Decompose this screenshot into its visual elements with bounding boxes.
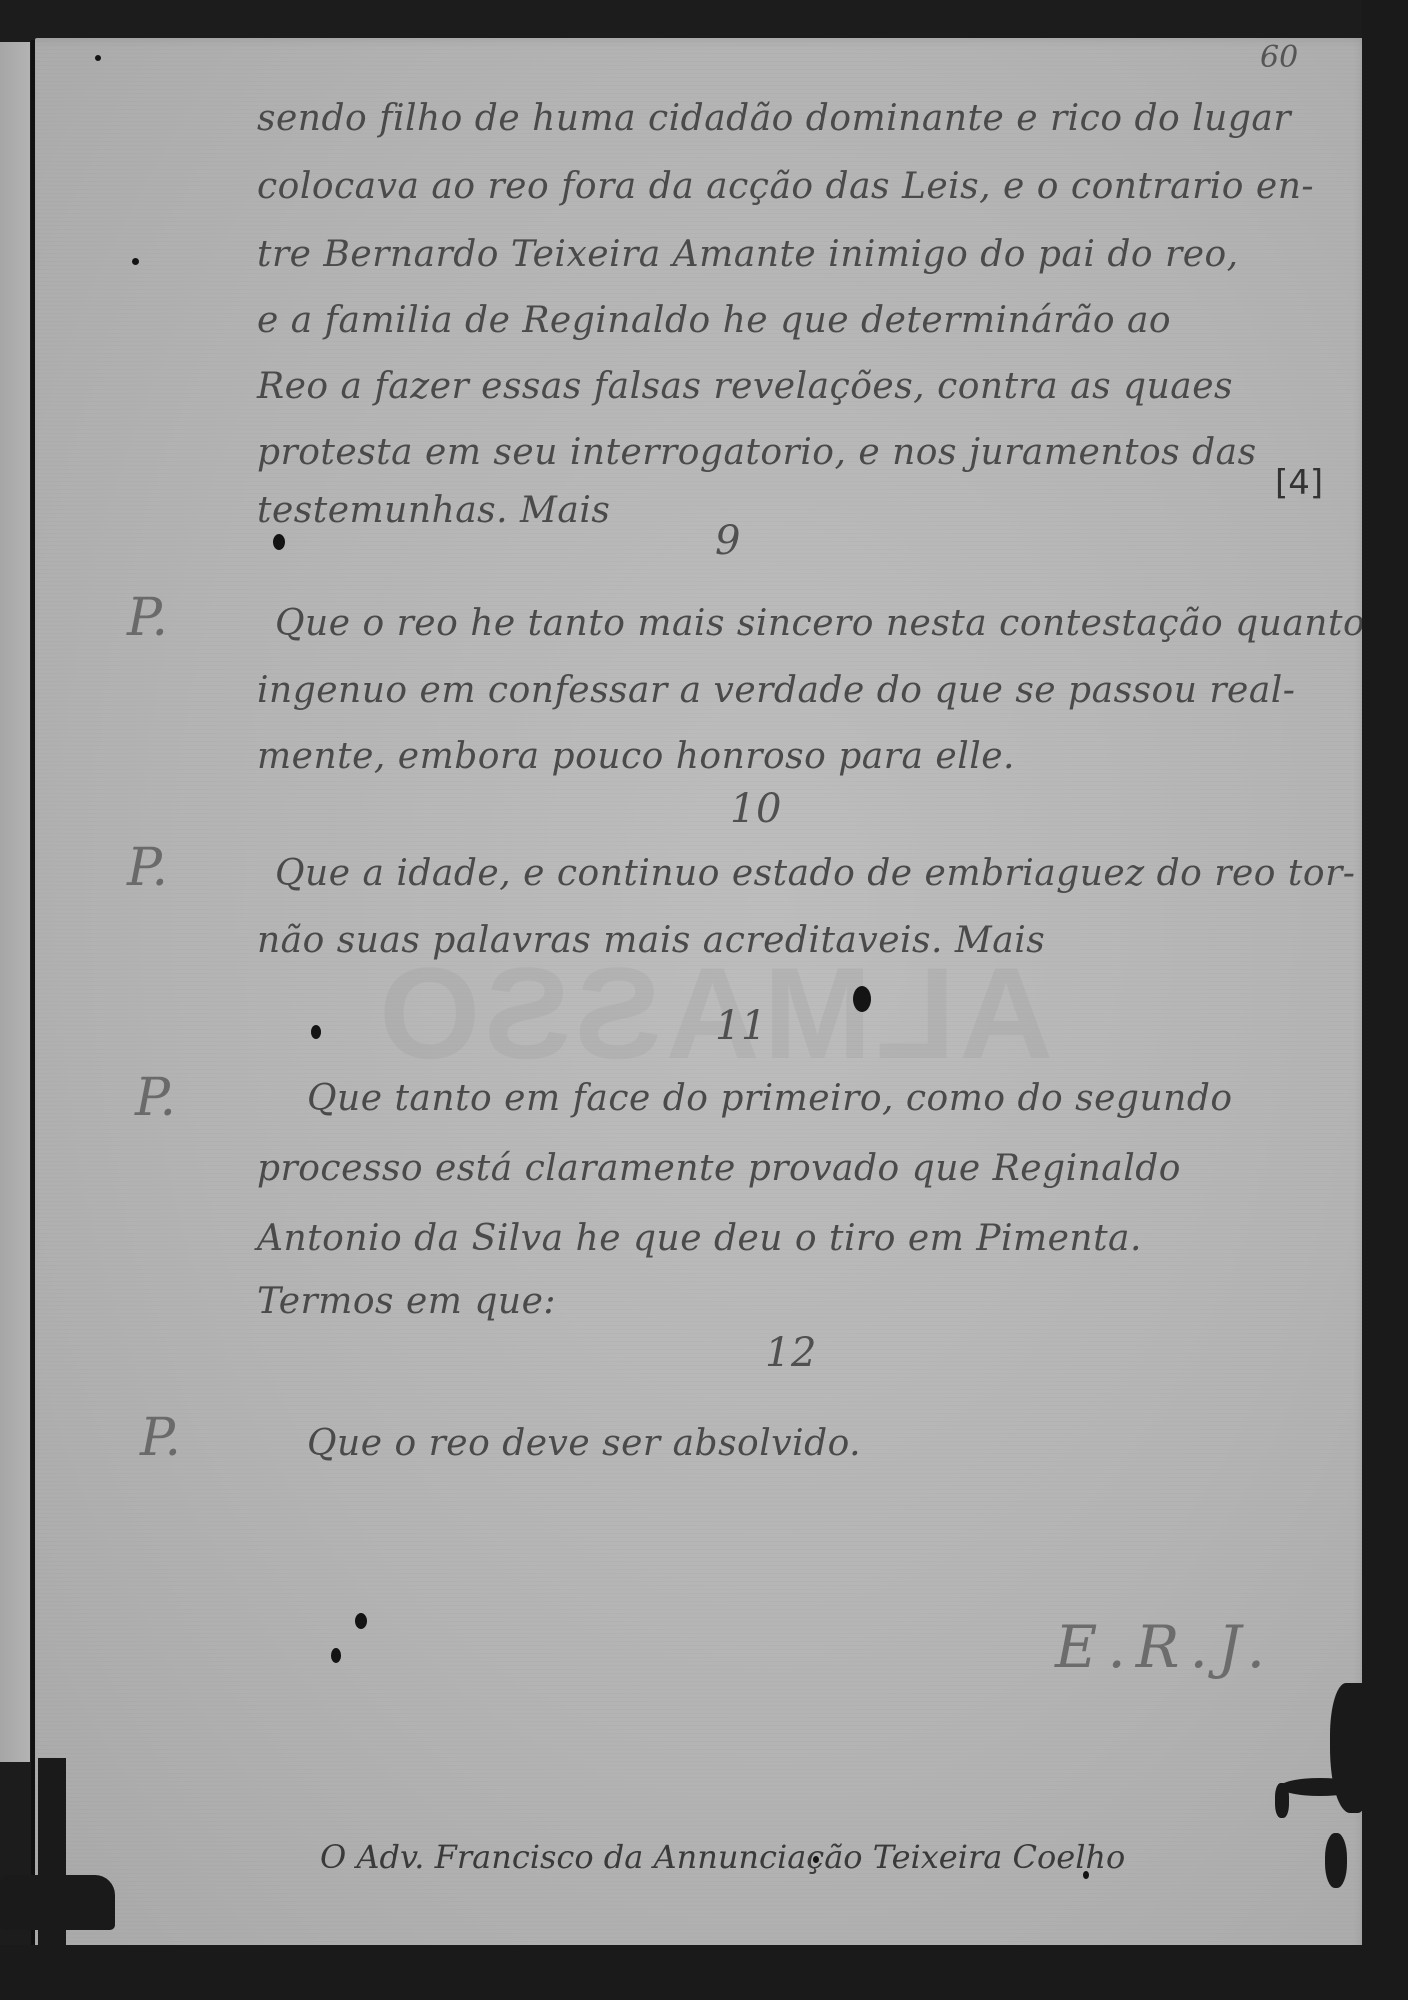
ink-dot [331, 1648, 341, 1663]
text-line: Que a idade, e continuo estado de embria… [275, 853, 1355, 894]
manuscript-page: 60 ALMASSO sendo filho de huma cidadão d… [35, 38, 1369, 1958]
paper-damage [1280, 1778, 1360, 1796]
paper-damage [1325, 1833, 1347, 1888]
ink-dot [813, 1856, 819, 1863]
text-line: mente, embora pouco honroso para elle. [257, 736, 1015, 777]
text-line: protesta em seu interrogatorio, e nos ju… [257, 432, 1257, 473]
text-line: e a familia de Reginaldo he que determin… [257, 300, 1171, 341]
scan-border-bottom [0, 1945, 1408, 2000]
ink-dot [273, 534, 285, 550]
folio-number: 60 [1260, 40, 1298, 75]
text-line: Reo a fazer essas falsas revelações, con… [257, 366, 1233, 407]
text-line: não suas palavras mais acreditaveis. Mai… [257, 920, 1045, 961]
lawyer-signature: O Adv. Francisco da Annunciação Teixeira… [320, 1838, 1125, 1876]
ink-dot [311, 1025, 321, 1039]
ink-dot [95, 55, 101, 61]
ink-dot [1083, 1871, 1089, 1879]
text-line: Que o reo he tanto mais sincero nesta co… [275, 603, 1365, 644]
text-line: sendo filho de huma cidadão dominante e … [257, 98, 1291, 139]
binding-damage [0, 1875, 115, 1930]
text-line: Termos em que: [257, 1281, 556, 1322]
scan-border-right [1362, 0, 1408, 2000]
text-line: processo está claramente provado que Reg… [257, 1148, 1181, 1189]
article-number: 10 [730, 786, 782, 832]
text-line: Que o reo deve ser absolvido. [307, 1423, 861, 1464]
text-line: Que tanto em face do primeiro, como do s… [307, 1078, 1233, 1119]
article-number: 9 [715, 518, 741, 564]
ink-dot [355, 1613, 367, 1629]
article-number: 12 [765, 1330, 817, 1376]
ink-blot [853, 986, 871, 1012]
margin-mark: P. [127, 588, 168, 648]
margin-mark: P. [135, 1068, 176, 1128]
text-line: testemunhas. Mais [257, 490, 610, 531]
text-line: ingenuo em confessar a verdade do que se… [257, 670, 1295, 711]
margin-mark: P. [140, 1408, 181, 1468]
paper-damage [1275, 1783, 1289, 1818]
text-line: Antonio da Silva he que deu o tiro em Pi… [257, 1218, 1142, 1259]
archive-marker: [4] [1275, 463, 1323, 503]
ink-dot [132, 258, 139, 265]
adjacent-page-edge [0, 42, 30, 1762]
text-line: colocava ao reo fora da acção das Leis, … [257, 166, 1314, 207]
text-line: tre Bernardo Teixeira Amante inimigo do … [257, 234, 1239, 275]
article-number: 11 [715, 1003, 767, 1049]
closing-initials: E.R.J. [1055, 1613, 1275, 1681]
scanned-document: 60 ALMASSO sendo filho de huma cidadão d… [0, 0, 1408, 2000]
margin-mark: P. [127, 838, 168, 898]
